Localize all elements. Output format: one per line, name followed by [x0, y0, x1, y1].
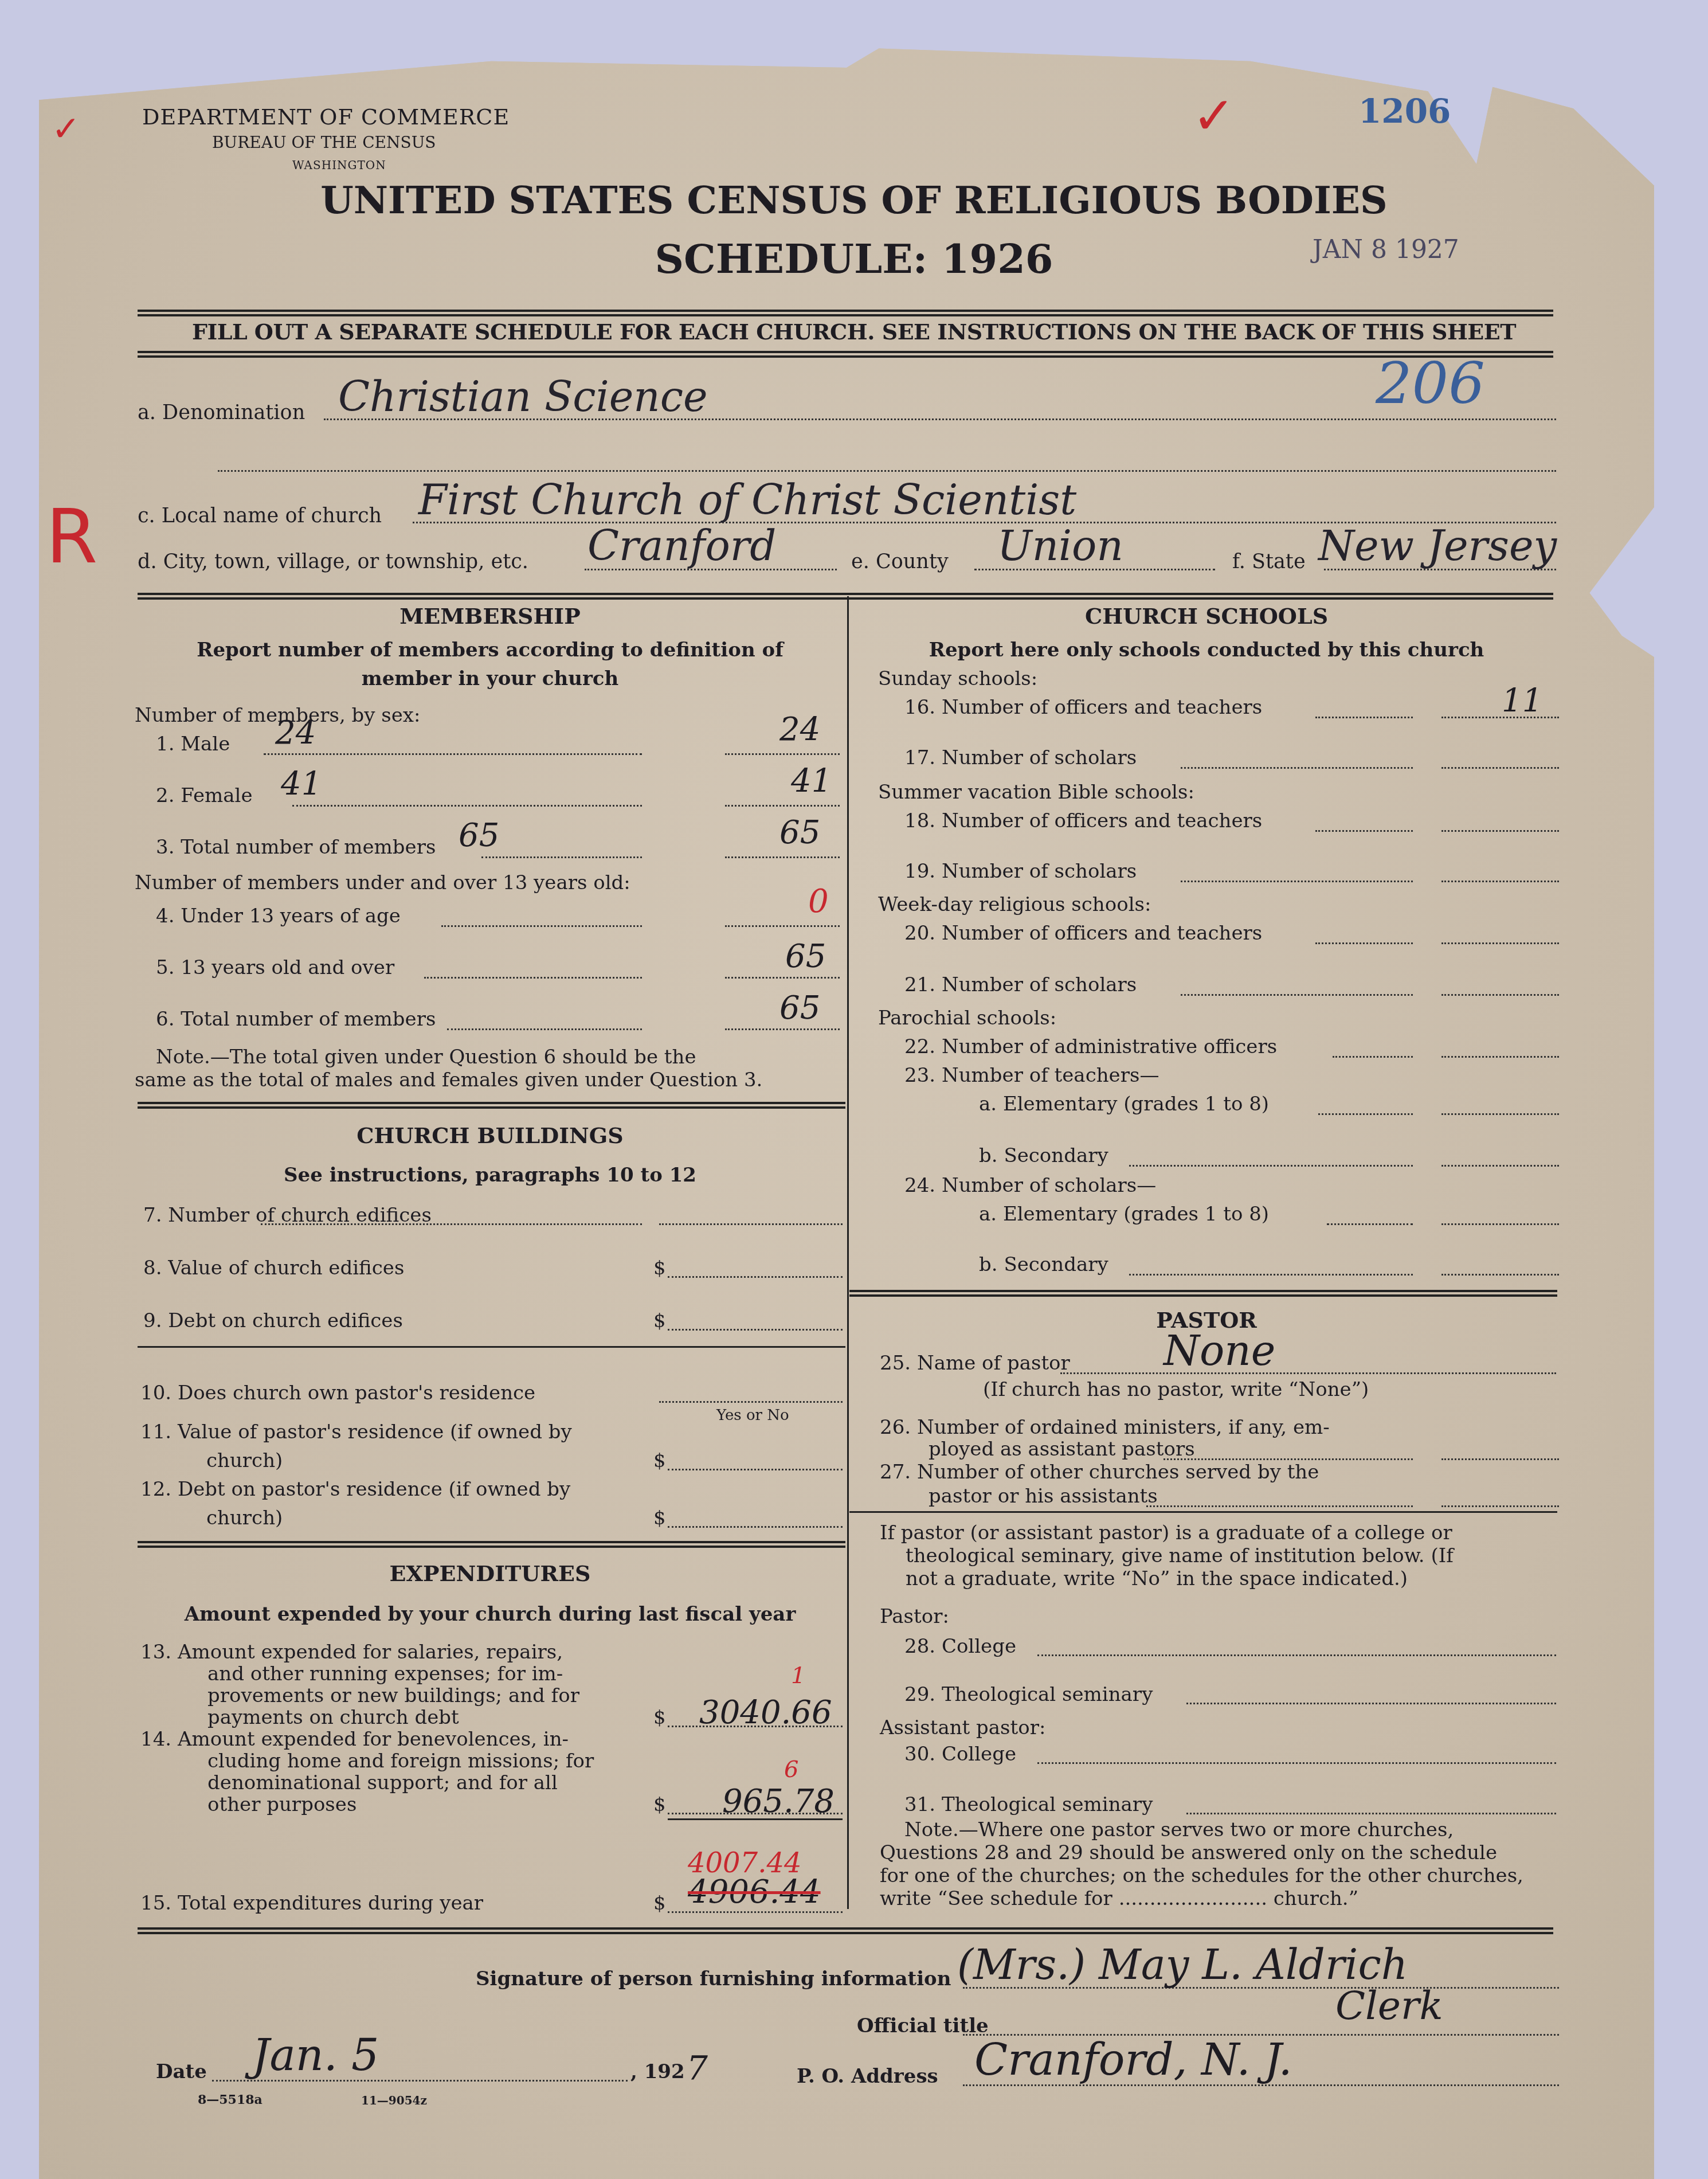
q16-label: 16. Number of officers and teachers — [904, 696, 1262, 719]
q23a-field[interactable] — [1441, 1113, 1559, 1115]
q18-label: 18. Number of officers and teachers — [904, 809, 1262, 832]
dotted-line — [447, 1028, 642, 1030]
q24b-label: b. Secondary — [979, 1253, 1108, 1276]
q3-inline-field[interactable]: 65 — [459, 817, 499, 854]
membership-subheading: Report number of members according to de… — [138, 639, 843, 662]
q8-field[interactable] — [668, 1276, 843, 1278]
q6-value-field[interactable]: 65 — [779, 989, 820, 1027]
q13-label-cont: and other running expenses; for im- — [207, 1662, 563, 1685]
q1-label: 1. Male — [156, 733, 230, 756]
age-label: Number of members under and over 13 year… — [135, 871, 630, 894]
pastor-note: for one of the churches; on the schedule… — [880, 1863, 1523, 1888]
assistant-education-label: Assistant pastor: — [880, 1716, 1045, 1739]
form-title: UNITED STATES CENSUS OF RELIGIOUS BODIES — [0, 178, 1708, 222]
dotted-line — [264, 753, 642, 755]
q10-label: 10. Does church own pastor's residence — [140, 1382, 535, 1405]
q23-label: 23. Number of teachers— — [904, 1064, 1159, 1087]
q25-pastor-name-field[interactable]: None — [1164, 1327, 1275, 1375]
dotted-line — [1315, 717, 1413, 718]
q5-value-field[interactable]: 65 — [785, 938, 826, 975]
q15-correction: 4007.44 — [688, 1847, 802, 1879]
header-divider — [138, 310, 1553, 316]
q5-label: 5. 13 years old and over — [156, 956, 394, 979]
q3-value-field[interactable]: 65 — [779, 814, 820, 851]
q28-college-field[interactable] — [1037, 1654, 1556, 1656]
sum-line — [668, 1818, 843, 1820]
membership-heading: MEMBERSHIP — [138, 603, 843, 629]
yes-no-hint: Yes or No — [716, 1407, 789, 1424]
parochial-schools-label: Parochial schools: — [878, 1007, 1056, 1030]
form-number: 8—5518a — [198, 2092, 263, 2107]
section-divider — [849, 1290, 1557, 1297]
footer-divider — [138, 1927, 1553, 1934]
q13-label-cont: payments on church debt — [207, 1706, 459, 1729]
q24a-field[interactable] — [1441, 1223, 1559, 1225]
q27-field[interactable] — [1441, 1505, 1559, 1507]
sunday-schools-label: Sunday schools: — [878, 667, 1037, 690]
q12-field[interactable] — [668, 1526, 843, 1528]
q11-label-cont: church) — [206, 1449, 283, 1472]
pastor-education-label: Pastor: — [880, 1605, 949, 1628]
q13-label-cont: provements or new buildings; and for — [207, 1684, 579, 1707]
q30-label: 30. College — [904, 1743, 1016, 1766]
q9-currency: $ — [653, 1309, 666, 1332]
dotted-line — [668, 1911, 843, 1913]
department-name: DEPARTMENT OF COMMERCE — [142, 104, 510, 130]
q1-inline-field[interactable]: 24 — [275, 714, 316, 752]
q26-field[interactable] — [1441, 1458, 1559, 1460]
stamp-number: 1206 — [1358, 92, 1451, 131]
local-name-field[interactable]: First Church of Christ Scientist — [418, 476, 1076, 524]
date-field[interactable]: Jan. 5 — [252, 2029, 379, 2080]
q12-currency: $ — [653, 1507, 666, 1529]
buildings-subheading: See instructions, paragraphs 10 to 12 — [138, 1164, 843, 1187]
q30-college-field[interactable] — [1037, 1762, 1556, 1764]
dotted-line — [725, 856, 840, 858]
check-mark-icon: ✓ — [52, 109, 80, 149]
graduate-note: not a graduate, write “No” in the space … — [906, 1566, 1408, 1591]
q29-label: 29. Theological seminary — [904, 1683, 1153, 1706]
handwritten-code: 206 — [1376, 350, 1485, 417]
dotted-line — [725, 977, 840, 979]
q31-label: 31. Theological seminary — [904, 1793, 1153, 1816]
blank-line — [218, 470, 1556, 472]
dotted-line — [1060, 1372, 1556, 1374]
q8-currency: $ — [653, 1257, 666, 1280]
q16-value-field[interactable]: 11 — [1502, 682, 1542, 719]
denomination-field[interactable]: Christian Science — [338, 373, 708, 421]
fill-instruction: FILL OUT A SEPARATE SCHEDULE FOR EACH CH… — [0, 319, 1708, 345]
local-name-label: c. Local name of church — [138, 504, 382, 527]
po-address-field[interactable]: Cranford, N. J. — [974, 2034, 1292, 2085]
q31-seminary-field[interactable] — [1186, 1813, 1556, 1814]
q25-hint: (If church has no pastor, write “None”) — [983, 1378, 1369, 1401]
q26-label: 26. Number of ordained ministers, if any… — [880, 1416, 1330, 1439]
bureau-name: BUREAU OF THE CENSUS — [212, 133, 436, 152]
q17-field[interactable] — [1441, 767, 1559, 769]
dotted-line — [725, 1028, 840, 1030]
q25-label: 25. Name of pastor — [880, 1352, 1070, 1375]
dotted-line — [1164, 1458, 1413, 1460]
q26-label-cont: ployed as assistant pastors — [929, 1438, 1195, 1461]
pastor-note: Note.—Where one pastor serves two or mor… — [904, 1817, 1454, 1842]
schools-heading: CHURCH SCHOOLS — [854, 603, 1559, 629]
q1-value-field[interactable]: 24 — [779, 711, 820, 748]
q24b-field[interactable] — [1441, 1274, 1559, 1276]
q2-inline-field[interactable]: 41 — [281, 765, 322, 803]
summer-schools-label: Summer vacation Bible schools: — [878, 781, 1194, 804]
section-divider — [138, 593, 1553, 600]
q9-field[interactable] — [668, 1329, 843, 1331]
q8-label: 8. Value of church edifices — [143, 1257, 404, 1280]
denomination-label: a. Denomination — [138, 401, 305, 424]
date-label: Date — [156, 2060, 207, 2083]
date-year-prefix: , 192 — [630, 2060, 685, 2083]
q12-label: 12. Debt on pastor's residence (if owned… — [140, 1478, 570, 1501]
q20-label: 20. Number of officers and teachers — [904, 922, 1262, 945]
city-label: d. City, town, village, or township, etc… — [138, 550, 528, 573]
q14-label-cont: cluding home and foreign missions; for — [207, 1750, 594, 1773]
dotted-line — [261, 1223, 642, 1225]
expenditures-subheading: Amount expended by your church during la… — [138, 1603, 843, 1626]
q2-value-field[interactable]: 41 — [791, 762, 832, 800]
q3-label: 3. Total number of members — [156, 836, 436, 859]
graduate-note: theological seminary, give name of insti… — [906, 1543, 1454, 1568]
check-mark-icon: ✓ — [1192, 86, 1235, 146]
dotted-line — [1181, 881, 1413, 882]
bureau-city: WASHINGTON — [292, 158, 386, 172]
dotted-line — [725, 753, 840, 755]
q9-label: 9. Debt on church edifices — [143, 1309, 403, 1332]
expenditures-heading: EXPENDITURES — [138, 1560, 843, 1586]
dotted-line — [1318, 1113, 1413, 1115]
section-divider — [138, 1541, 845, 1548]
q23b-label: b. Secondary — [979, 1144, 1108, 1167]
q21-field[interactable] — [1441, 994, 1559, 996]
county-field[interactable]: Union — [997, 522, 1123, 570]
q6-label: 6. Total number of members — [156, 1008, 436, 1031]
q13-currency: $ — [653, 1706, 666, 1729]
q14-value-field[interactable]: 965.78 — [722, 1783, 835, 1820]
dotted-line — [1181, 767, 1413, 769]
dotted-line — [481, 856, 642, 858]
q11-label: 11. Value of pastor's residence (if owne… — [140, 1421, 572, 1443]
po-address-label: P. O. Address — [797, 2065, 938, 2088]
dotted-line — [441, 925, 642, 927]
q17-label: 17. Number of scholars — [904, 746, 1137, 769]
section-divider — [849, 1511, 1557, 1513]
section-divider — [138, 1346, 845, 1348]
membership-subheading: member in your church — [138, 667, 843, 690]
q4-value-field[interactable]: 0 — [808, 883, 829, 920]
city-field[interactable]: Cranford — [587, 522, 776, 570]
dotted-line — [725, 925, 840, 927]
q23b-field[interactable] — [1441, 1165, 1559, 1167]
q4-label: 4. Under 13 years of age — [156, 905, 401, 928]
dotted-line — [1181, 994, 1413, 996]
q13-label: 13. Amount expended for salaries, repair… — [140, 1641, 563, 1664]
q2-label: 2. Female — [156, 784, 253, 807]
weekday-schools-label: Week-day religious schools: — [878, 893, 1151, 916]
q10-field[interactable] — [659, 1401, 843, 1403]
q22-field[interactable] — [1441, 1056, 1559, 1058]
q28-label: 28. College — [904, 1635, 1016, 1658]
pastor-note: Questions 28 and 29 should be answered o… — [880, 1840, 1497, 1865]
county-label: e. County — [851, 550, 949, 573]
q12-label-cont: church) — [206, 1507, 283, 1529]
q13-correction: 1 — [791, 1662, 805, 1689]
q19-field[interactable] — [1441, 881, 1559, 882]
q15-label: 15. Total expenditures during year — [140, 1892, 483, 1915]
q27-label-cont: pastor or his assistants — [929, 1485, 1158, 1508]
q11-currency: $ — [653, 1449, 666, 1472]
membership-note: Note.—The total given under Question 6 s… — [156, 1044, 696, 1070]
q13-value-field[interactable]: 3040.66 — [699, 1694, 832, 1731]
date-year-field[interactable]: 7 — [687, 2049, 708, 2088]
q7-field[interactable] — [659, 1223, 843, 1225]
dotted-line — [1315, 942, 1413, 944]
q18-field[interactable] — [1441, 830, 1559, 832]
official-title-field[interactable]: Clerk — [1335, 1984, 1443, 2029]
column-divider — [847, 596, 849, 1909]
q22-label: 22. Number of administrative officers — [904, 1035, 1277, 1058]
q14-label-cont: other purposes — [207, 1793, 357, 1816]
dotted-line — [1146, 1505, 1413, 1507]
q24a-label: a. Elementary (grades 1 to 8) — [979, 1203, 1269, 1226]
signature-field[interactable]: (Mrs.) May L. Aldrich — [957, 1941, 1408, 1989]
q15-currency: $ — [653, 1892, 666, 1915]
q20-field[interactable] — [1441, 942, 1559, 944]
dotted-line — [725, 805, 840, 807]
q14-label-cont: denominational support; and for all — [207, 1771, 558, 1794]
dotted-line — [1315, 830, 1413, 832]
q21-label: 21. Number of scholars — [904, 973, 1137, 996]
q14-currency: $ — [653, 1793, 666, 1816]
q11-field[interactable] — [668, 1469, 843, 1470]
q24-label: 24. Number of scholars— — [904, 1174, 1156, 1197]
dotted-line — [1327, 1223, 1413, 1225]
section-divider — [138, 1102, 845, 1109]
q19-label: 19. Number of scholars — [904, 860, 1137, 883]
margin-mark-r: R — [46, 493, 97, 580]
q29-seminary-field[interactable] — [1186, 1703, 1556, 1704]
state-field[interactable]: New Jersey — [1318, 522, 1557, 570]
schools-subheading: Report here only schools conducted by th… — [854, 639, 1559, 662]
dotted-line — [1129, 1274, 1413, 1276]
state-label: f. State — [1232, 550, 1306, 573]
q23a-label: a. Elementary (grades 1 to 8) — [979, 1093, 1269, 1116]
dotted-line — [292, 805, 642, 807]
buildings-heading: CHURCH BUILDINGS — [138, 1122, 843, 1148]
q27-label: 27. Number of other churches served by t… — [880, 1461, 1319, 1484]
received-date-stamp: JAN 8 1927 — [1313, 235, 1459, 264]
dotted-line — [424, 977, 642, 979]
print-code: 11—9054z — [361, 2094, 427, 2107]
header-divider — [138, 351, 1553, 358]
q14-label: 14. Amount expended for benevolences, in… — [140, 1728, 569, 1751]
signature-label: Signature of person furnishing informati… — [476, 1967, 951, 1990]
graduate-note: If pastor (or assistant pastor) is a gra… — [880, 1520, 1452, 1546]
dotted-line — [1333, 1056, 1413, 1058]
dotted-line — [1129, 1165, 1413, 1167]
membership-note: same as the total of males and females g… — [135, 1067, 762, 1093]
q14-correction: 6 — [784, 1756, 798, 1783]
pastor-note: write “See schedule for ................… — [880, 1886, 1358, 1911]
